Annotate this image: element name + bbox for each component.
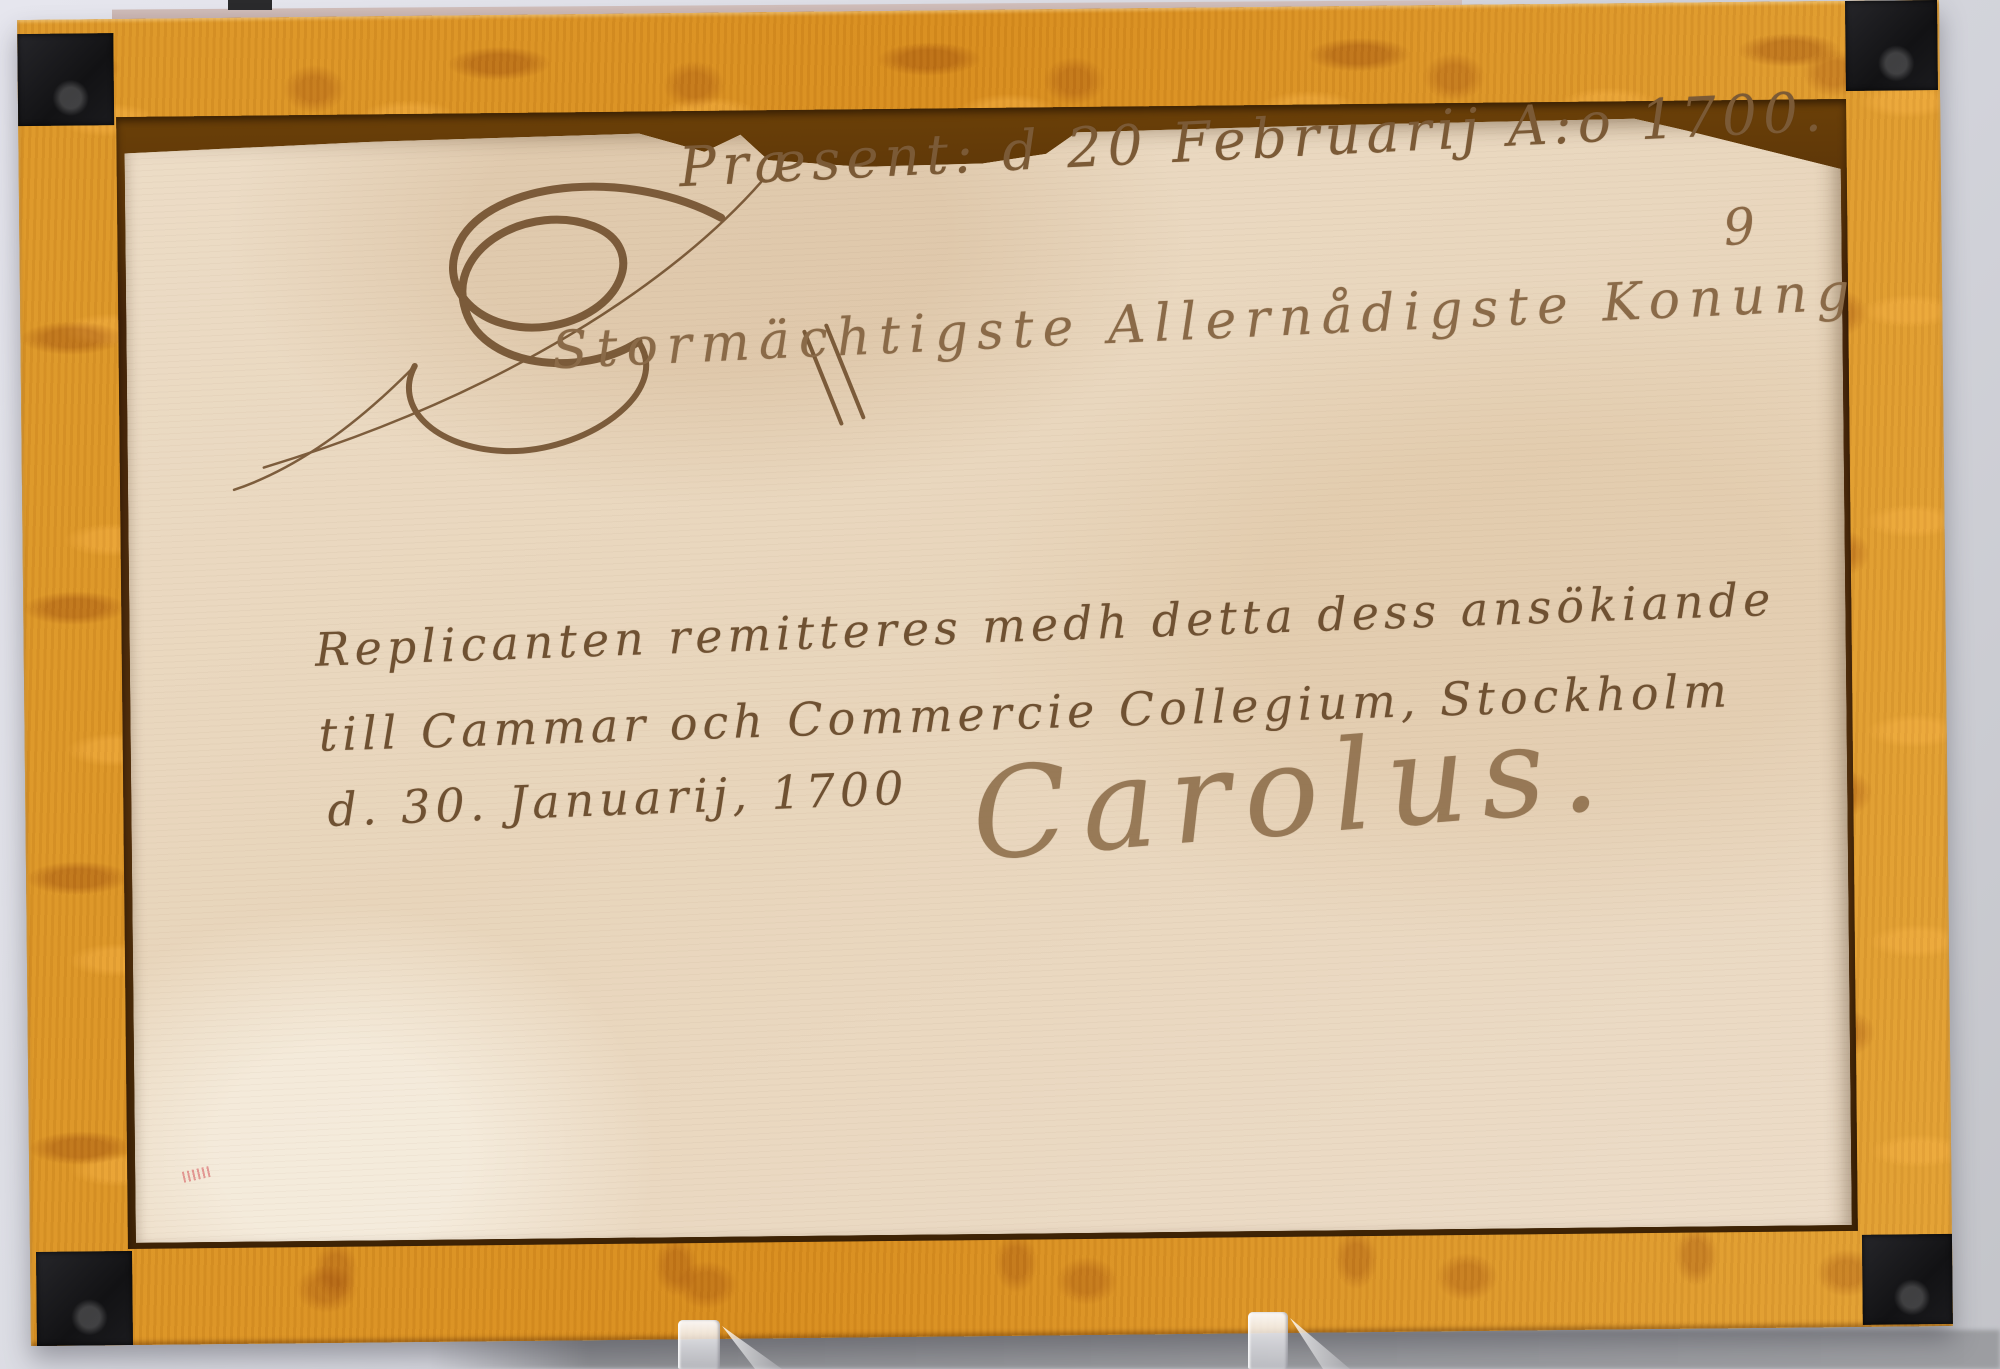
frame-corner-top-left xyxy=(17,33,114,126)
frame-corner-bottom-left xyxy=(36,1251,133,1346)
page-number: 9 xyxy=(1721,197,1757,257)
backing-board-notch xyxy=(228,0,272,10)
photo-background: Præsent: d 20 Februarij A:o 1700. 9 Stor… xyxy=(0,0,2000,1369)
easel-prong-left xyxy=(678,1320,720,1369)
easel-prong-right xyxy=(1248,1312,1288,1369)
frame-corner-top-right xyxy=(1845,0,1938,91)
picture-frame: Præsent: d 20 Februarij A:o 1700. 9 Stor… xyxy=(17,0,1953,1346)
frame-corner-bottom-right xyxy=(1862,1234,1953,1325)
